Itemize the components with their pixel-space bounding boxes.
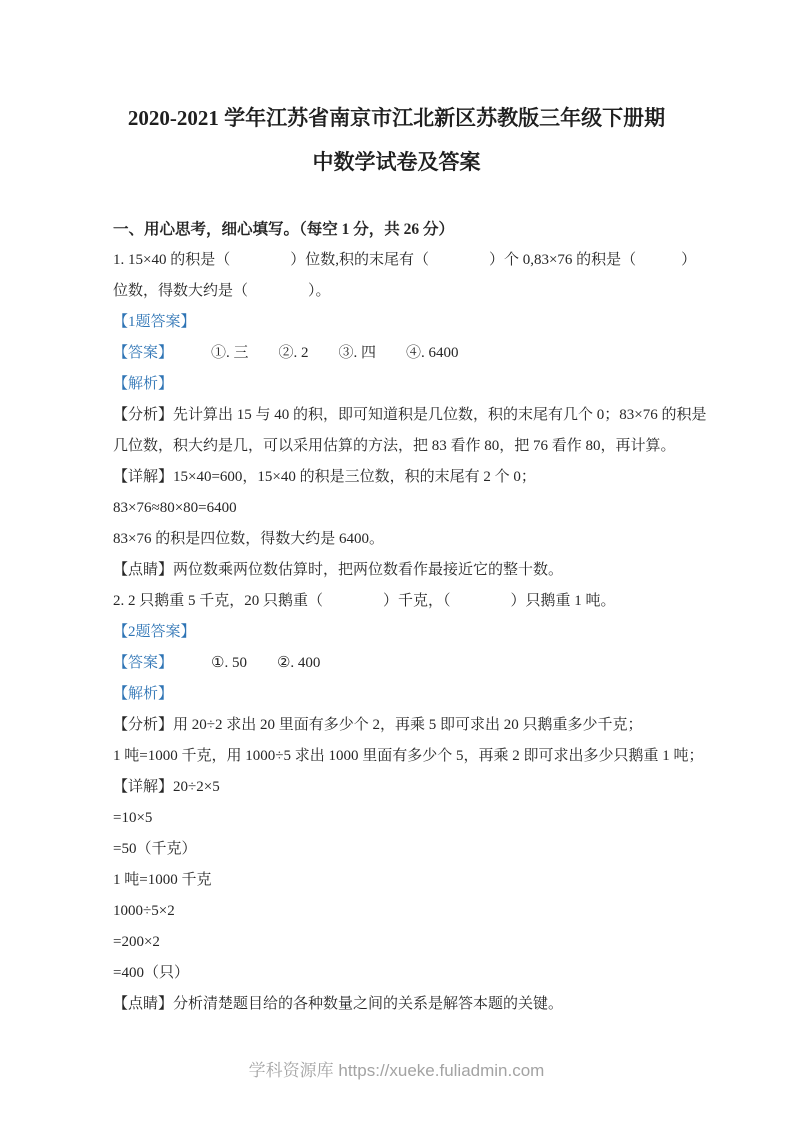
question-2-analysis-line2: 1 吨=1000 千克，用 1000÷5 求出 1000 里面有多少个 5，再乘… — [113, 741, 713, 772]
question-1-analysis-line1: 【分析】先计算出 15 与 40 的积，即可知道积是几位数，积的末尾有几个 0；… — [113, 400, 713, 431]
question-2-detail-line7: =400（只） — [113, 958, 713, 989]
footer-watermark: 学科资源库 https://xueke.fuliadmin.com — [113, 1056, 680, 1081]
question-2-analysis-line1: 【分析】用 20÷2 求出 20 里面有多少个 2，再乘 5 即可求出 20 只… — [113, 710, 713, 741]
question-1-answer-heading: 【1题答案】 — [113, 307, 713, 338]
answer-marker-label: 【答案】 — [113, 648, 173, 679]
question-2-answer-heading: 【2题答案】 — [113, 617, 713, 648]
question-2-text-line1: 2. 2 只鹅重 5 千克，20 只鹅重（ ）千克，（ ）只鹅重 1 吨。 — [113, 586, 713, 617]
document-page: 2020-2021 学年江苏省南京市江北新区苏教版三年级下册期 中数学试卷及答案… — [0, 0, 793, 1122]
question-1-detail-line1: 【详解】15×40=600，15×40 的积是三位数，积的末尾有 2 个 0； — [113, 462, 713, 493]
question-1-detail-line2: 83×76≈80×80=6400 — [113, 493, 713, 524]
question-1-tip-line: 【点睛】两位数乘两位数估算时，把两位数看作最接近它的整十数。 — [113, 555, 713, 586]
question-2-detail-line3: =50（千克） — [113, 834, 713, 865]
answer-marker-label: 【答案】 — [113, 338, 173, 369]
question-1-text-line2: 位数，得数大约是（ ）。 — [113, 276, 713, 307]
question-2-analysis-heading: 【解析】 — [113, 679, 713, 710]
question-2-answer-values: ①. 50 ②. 400 — [211, 655, 320, 671]
question-2-detail-line1: 【详解】20÷2×5 — [113, 772, 713, 803]
doc-title-line2: 中数学试卷及答案 — [113, 140, 680, 184]
question-1-analysis-line2: 几位数，积大约是几，可以采用估算的方法，把 83 看作 80，把 76 看作 8… — [113, 431, 713, 462]
doc-title: 2020-2021 学年江苏省南京市江北新区苏教版三年级下册期 中数学试卷及答案 — [113, 96, 680, 184]
question-2-detail-line5: 1000÷5×2 — [113, 896, 713, 927]
question-1-detail-line3: 83×76 的积是四位数，得数大约是 6400。 — [113, 524, 713, 555]
question-2-detail-line4: 1 吨=1000 千克 — [113, 865, 713, 896]
doc-title-line1: 2020-2021 学年江苏省南京市江北新区苏教版三年级下册期 — [113, 96, 680, 140]
question-2-tip-line: 【点睛】分析清楚题目给的各种数量之间的关系是解答本题的关键。 — [113, 989, 713, 1020]
question-1-text-line1: 1. 15×40 的积是（ ）位数,积的末尾有（ ）个 0,83×76 的积是（… — [113, 245, 713, 276]
question-2-answer-line: 【答案】①. 50 ②. 400 — [113, 648, 713, 679]
question-2-detail-line2: =10×5 — [113, 803, 713, 834]
section-1-header: 一、用心思考，细心填写。（每空 1 分，共 26 分） — [113, 214, 713, 245]
question-2-detail-line6: =200×2 — [113, 927, 713, 958]
question-1-answer-line: 【答案】①. 三 ②. 2 ③. 四 ④. 6400 — [113, 338, 713, 369]
question-1-answer-values: ①. 三 ②. 2 ③. 四 ④. 6400 — [211, 345, 459, 361]
question-1-analysis-heading: 【解析】 — [113, 369, 713, 400]
